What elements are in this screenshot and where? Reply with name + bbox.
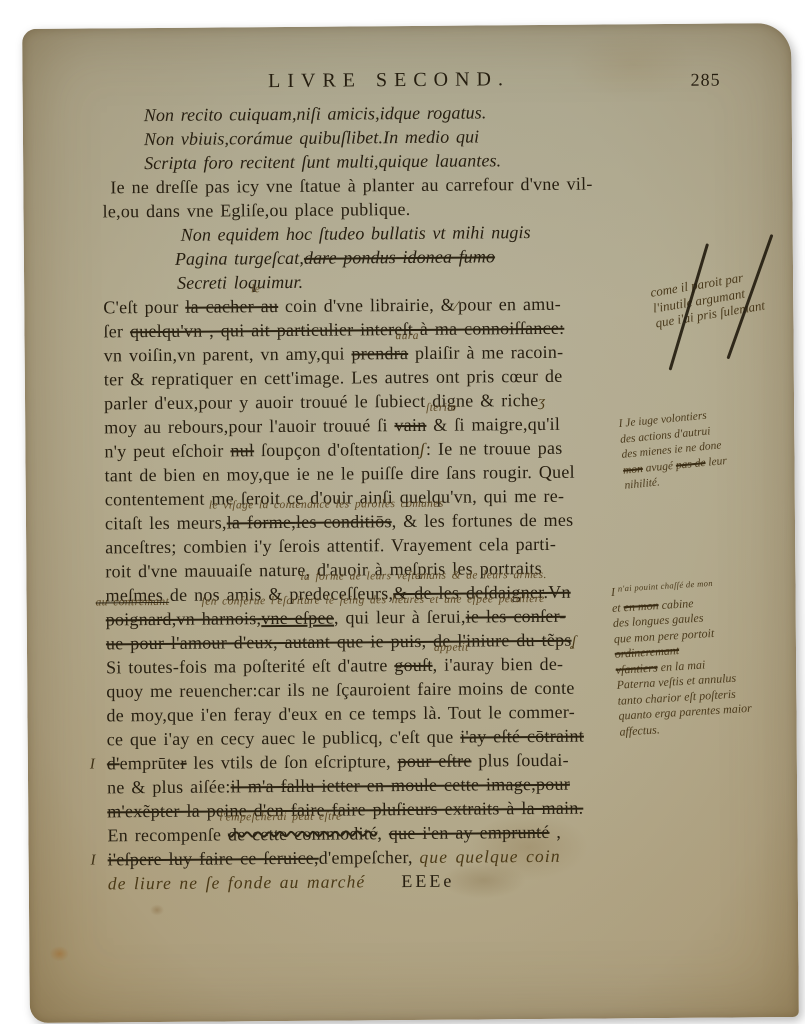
handwriting-segment: et — [612, 600, 624, 615]
struck-handwriting: pas de — [675, 456, 706, 471]
struck-segment: prendra — [351, 343, 408, 363]
interline-annotation: aura — [395, 330, 418, 342]
handwriting-segment: avugé — [642, 459, 676, 474]
print-segment: & ſi maigre,qu'il — [426, 414, 560, 435]
print-italic-segment: Non recito cuiquam,niſi amicis,idque rog… — [144, 102, 487, 125]
struck-segment: la cacher au — [185, 296, 278, 317]
print-italic-segment: Pagina turgeſcat, — [175, 248, 304, 269]
print-segment: plus ſoudai- — [471, 750, 568, 771]
print-segment: n'y peut eſchoir — [104, 440, 230, 461]
interline-annotation: au contremant — [96, 596, 170, 609]
print-italic-segment: Secreti loquimur. — [177, 272, 303, 293]
handwriting-segment: en la mai — [657, 657, 705, 674]
interline-annotation: ſterile — [426, 402, 456, 414]
margin-note: I Je iuge volontiersdes actions d'autrui… — [618, 407, 729, 494]
print-segment: anceſtres; combien i'y ſerois attentif. … — [105, 534, 556, 558]
print-segment: , & les fortunes de mes — [392, 510, 574, 531]
print-segment: ſoupçon d'oſtentation — [254, 439, 420, 460]
handwriting-segment: que quelque coin — [419, 846, 560, 867]
struck-segment: vain — [394, 415, 426, 435]
struck-segment: que i'en ay emprunté — [389, 822, 550, 843]
struck-segment: ue pour l'amour d'eux, autant que ie pui… — [106, 630, 572, 654]
interline-annotation: appetit — [434, 642, 469, 654]
print-segment: , — [549, 822, 561, 842]
struck-italic-segment: dare pondus idonea fumo — [304, 246, 495, 268]
margin-insertion-mark: I — [91, 848, 96, 872]
interline-annotation: l'empeſcherai peut eſtre — [219, 811, 341, 824]
interline-annotation: le viſage la contenance les parolles com… — [209, 498, 444, 512]
print-segment: vn voiſin,vn parent, vn amy,qui — [104, 343, 352, 365]
print-segment: , — [377, 823, 389, 843]
struck-segment: quelqu'vn , qui ait particulier intereſt… — [130, 318, 565, 341]
print-italic-segment: Non vbiuis,corámue quibuſlibet.In medio … — [144, 126, 479, 149]
print-segment: plaiſir à me racoin- — [408, 342, 563, 363]
print-segment: tant de bien en moy,que ie ne le puiſſe … — [105, 462, 575, 486]
print-segment: Ie ne dreſſe pas icy vne ſtatue à plante… — [110, 174, 592, 198]
handwriting-segment: leur — [705, 454, 727, 468]
print-segment: de moy,que i'en feray d'eux en ce temps … — [106, 702, 575, 726]
handwriting-segment: affectus. — [619, 722, 660, 738]
print-segment: ter & repratiquer en cett'image. Les aut… — [104, 366, 563, 390]
struck-segment: les conditiōs — [296, 511, 392, 532]
print-segment: les vtils de ſon eſcripture, — [187, 751, 398, 773]
text-line: de liure ne ſe fonde au marchéEEEe — [108, 867, 673, 895]
print-segment: coin d'vne librairie, & — [278, 295, 455, 316]
print-italic-segment: Scripta foro recitent ſunt multi,quique … — [144, 150, 501, 173]
print-segment: Si toutes-fois ma poſterité eſt d'autre — [106, 655, 394, 677]
margin-annotations: come il paroit parl'inutile argumantque … — [22, 23, 791, 29]
book-page: LIVRE SECOND. Non recito cuiquam,niſi am… — [22, 23, 799, 1023]
print-segment: quoy me reuencher:car ils ne ſçauroient … — [106, 678, 574, 702]
struck-segment: nul — [230, 440, 254, 460]
struck-segment: poignard,vn harnois, — [106, 608, 262, 629]
signature-mark: EEEe — [401, 871, 454, 891]
struck-segment: m'exẽpter la peine d'en faire faire pluſ… — [107, 798, 583, 822]
handwriting-segment: ʒ — [538, 394, 545, 410]
print-segment: ce que i'ay en cecy auec le publicq, c'e… — [107, 727, 461, 750]
handwriting-segment: de liure ne ſe fonde au marché — [108, 871, 366, 893]
print-segment: parler d'eux,pour y auoir trouué le ſubi… — [104, 390, 539, 413]
struck-segment: gouſt — [394, 655, 432, 675]
print-segment: d'empeſcher, — [319, 847, 420, 868]
struck-handwriting: vſantiers — [615, 660, 658, 677]
handwriting-segment: cabine — [658, 596, 694, 612]
interline-annotation: la forme de leurs veſtemans & de leurs a… — [300, 569, 546, 583]
handwriting-segment: n'ai pouint chaſſé de mon — [618, 578, 714, 594]
print-segment: citaſt les meurs, — [105, 512, 227, 533]
print-segment: En recompenſe — [107, 824, 228, 845]
page-number: 285 — [690, 70, 720, 91]
print-segment: C'eſt pour — [103, 297, 185, 318]
print-segment: pour en amu- — [458, 294, 561, 315]
print-segment: moy au rebours,pour l'auoir trouué ſi — [104, 415, 394, 437]
print-italic-segment: Non equidem hoc ſtudeo bullatis vt mihi … — [181, 222, 531, 245]
print-segment: le,ou dans vne Egliſe,ou place publique. — [102, 199, 410, 221]
struck-segment: la forme, — [227, 512, 296, 533]
print-segment: emprūte — [120, 753, 181, 773]
page-header-title: LIVRE SECOND. — [101, 66, 666, 94]
handwriting-segment: nihilité. — [624, 476, 660, 491]
print-segment: ſer — [103, 321, 130, 341]
struck-handwriting: mon — [623, 462, 644, 476]
body-text: Non recito cuiquam,niſi amicis,idque rog… — [102, 99, 673, 895]
struck-segment: il m'a fallu ietter en moule cette image… — [230, 774, 570, 797]
print-segment: , i'auray bien de- — [432, 654, 563, 675]
struck-segment: i'ay eſté cōtraint — [460, 726, 584, 747]
struck-handwriting: en mon — [623, 598, 659, 614]
struck-segment: ie les conſer- — [466, 606, 566, 627]
handwriting-segment: ʆ — [571, 634, 576, 650]
struck-segment: d' — [107, 753, 120, 773]
print-segment: ne & plus aiſée: — [107, 776, 231, 797]
margin-insertion-mark: I — [90, 752, 95, 776]
struck-segment: i'eſpere luy faire ce ſeruice, — [108, 848, 319, 870]
print-segment: , qui leur à ſerui, — [334, 607, 466, 628]
margin-note: I n'ai pouint chaſſé de monet en mon cab… — [610, 574, 753, 740]
print-segment: : Ie ne trouue pas — [426, 438, 563, 459]
struck-segment: vne eſpee — [261, 608, 334, 629]
text-column: LIVRE SECOND. Non recito cuiquam,niſi am… — [101, 66, 672, 895]
struck-segment: de cette commodité — [228, 823, 378, 844]
interline-annotation: le — [251, 283, 260, 295]
struck-segment: pour eſtre — [397, 751, 471, 772]
